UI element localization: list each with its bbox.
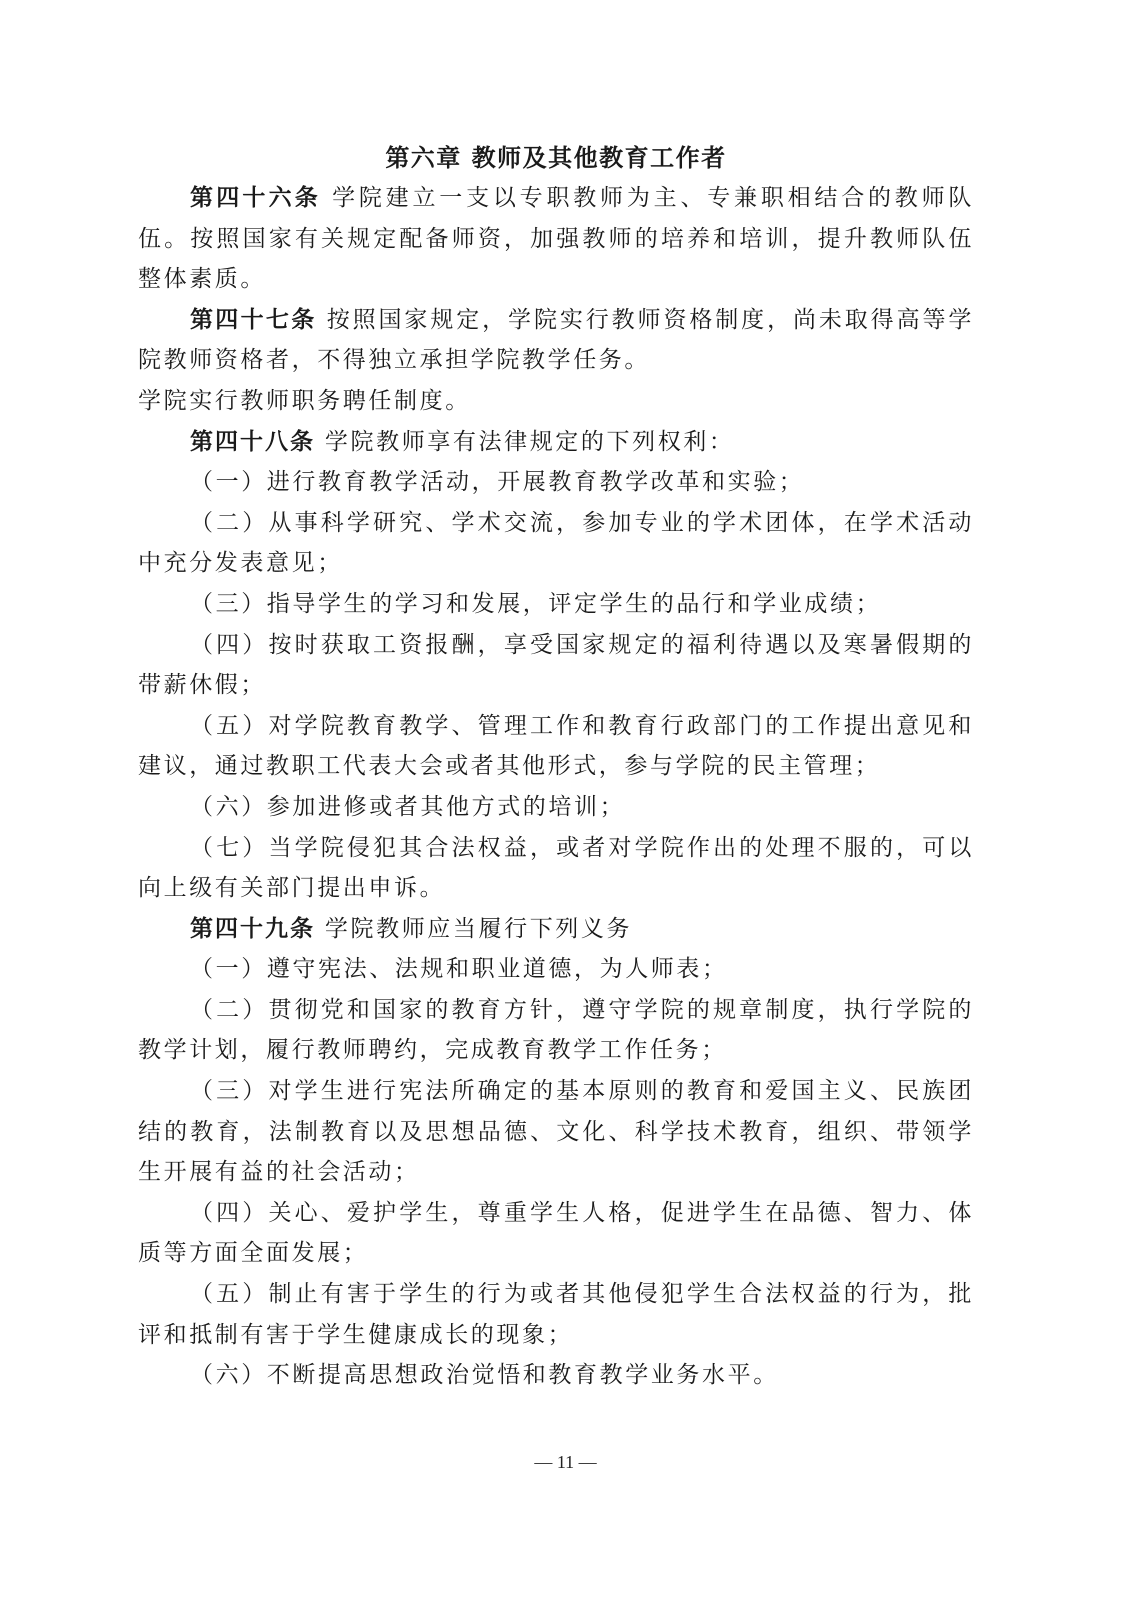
article-49-item: （六）不断提高思想政治觉悟和教育教学业务水平。 <box>138 1355 974 1396</box>
article-49-item: （二）贯彻党和国家的教育方针，遵守学院的规章制度，执行学院的教学计划，履行教师聘… <box>138 990 974 1071</box>
article-48-item: （七）当学院侵犯其合法权益，或者对学院作出的处理不服的，可以向上级有关部门提出申… <box>138 828 974 909</box>
article-48-item: （四）按时获取工资报酬，享受国家规定的福利待遇以及寒暑假期的带薪休假； <box>138 625 974 706</box>
article-49-item: （四）关心、爱护学生，尊重学生人格，促进学生在品德、智力、体质等方面全面发展； <box>138 1193 974 1274</box>
article-47-extra: 学院实行教师职务聘任制度。 <box>138 381 974 422</box>
article-47: 第四十七条 按照国家规定，学院实行教师资格制度，尚未取得高等学院教师资格者，不得… <box>138 300 974 381</box>
document-page: 第六章 教师及其他教育工作者 第四十六条 学院建立一支以专职教师为主、专兼职相结… <box>138 138 974 1396</box>
article-49-label: 第四十九条 <box>190 915 315 942</box>
article-48-item: （五）对学院教育教学、管理工作和教育行政部门的工作提出意见和建议，通过教职工代表… <box>138 706 974 787</box>
article-49: 第四十九条 学院教师应当履行下列义务 <box>138 909 974 950</box>
article-48-item: （一）进行教育教学活动，开展教育教学改革和实验； <box>138 462 974 503</box>
article-46: 第四十六条 学院建立一支以专职教师为主、专兼职相结合的教师队伍。按照国家有关规定… <box>138 178 974 300</box>
article-49-item: （五）制止有害于学生的行为或者其他侵犯学生合法权益的行为，批评和抵制有害于学生健… <box>138 1274 974 1355</box>
article-48-item: （六）参加进修或者其他方式的培训； <box>138 787 974 828</box>
chapter-title: 第六章 教师及其他教育工作者 <box>138 138 974 178</box>
article-48-label: 第四十八条 <box>190 428 315 455</box>
article-47-label: 第四十七条 <box>190 306 317 333</box>
article-49-item: （三）对学生进行宪法所确定的基本原则的教育和爱国主义、民族团结的教育，法制教育以… <box>138 1071 974 1193</box>
article-49-text: 学院教师应当履行下列义务 <box>315 916 632 942</box>
article-48-text: 学院教师享有法律规定的下列权利： <box>315 429 735 455</box>
article-46-label: 第四十六条 <box>190 184 321 211</box>
page-number: — 11 — <box>0 1452 1131 1473</box>
article-48: 第四十八条 学院教师享有法律规定的下列权利： <box>138 422 974 463</box>
article-49-item: （一）遵守宪法、法规和职业道德，为人师表； <box>138 949 974 990</box>
article-48-item: （三）指导学生的学习和发展，评定学生的品行和学业成绩； <box>138 584 974 625</box>
article-48-item: （二）从事科学研究、学术交流，参加专业的学术团体，在学术活动中充分发表意见； <box>138 503 974 584</box>
